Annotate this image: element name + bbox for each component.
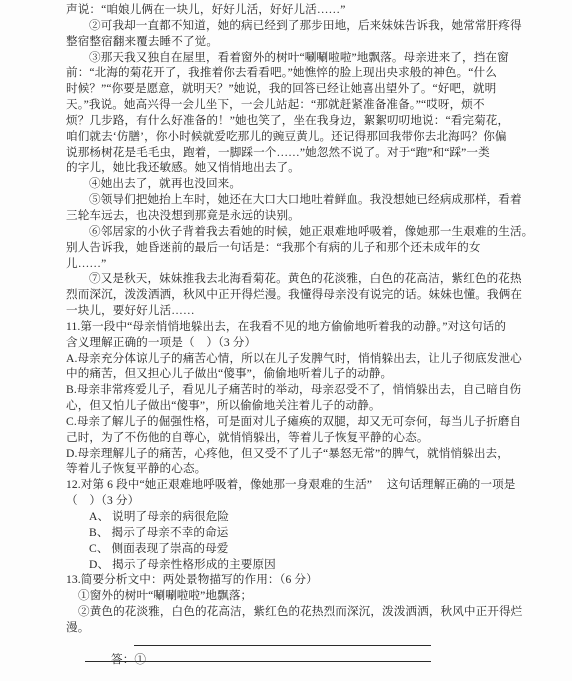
question-12: 12.对第 6 段中“她正艰难地呼吸着，像她那一身艰难的生活” 这句话理解正确的… bbox=[66, 477, 536, 572]
passage-line: 咱们就去‘仿膳’，你小时候就爱吃那儿的豌豆黄儿。还记得那回我带你去北海吗？你偏 bbox=[66, 129, 536, 145]
question-12-line: （ ）（3 分） bbox=[66, 493, 536, 509]
passage-line: ④她出去了，就再也没回来。 bbox=[66, 176, 536, 192]
passage-line: 声说：“咱娘儿俩在一块儿，好好儿活，好好儿活……” bbox=[66, 2, 536, 18]
answer-blank-line-2 bbox=[85, 661, 431, 662]
passage-line: 烦？几步路，有什么好准备的！”她也笑了，坐在我身边，絮絮叨叨地说：“看完菊花， bbox=[66, 113, 536, 129]
question-11-line: B.母亲非常疼爱儿子，看见儿子痛苦时的举动，母亲忍受不了，悄悄躲出去，自己暗自伤 bbox=[66, 382, 536, 398]
question-12-line: C、 侧面表现了崇高的母爱 bbox=[66, 541, 536, 557]
passage-line: 天。”我说。她高兴得一会儿坐下，一会儿站起：“那就赶紧准备准备。”“哎呀，烦不 bbox=[66, 97, 536, 113]
question-11-line: 含义理解正确的一项是（ ）（3 分） bbox=[66, 335, 536, 351]
passage-line: 整宿整宿翻来覆去睡不了觉。 bbox=[66, 34, 536, 50]
answer-blank-line-1 bbox=[134, 645, 431, 646]
passage-line: ⑥邻居家的小伙子背着我去看她的时候，她正艰难地呼吸着，像她那一生艰难的生活。 bbox=[66, 224, 536, 240]
question-12-line: D、 揭示了母亲性格形成的主要原因 bbox=[66, 557, 536, 573]
question-12-line: A、 说明了母亲的病很危险 bbox=[66, 509, 536, 525]
passage-line: 三轮车远去，也决没想到那竟是永远的诀别。 bbox=[66, 208, 536, 224]
passage-line: 儿……” bbox=[66, 256, 536, 272]
question-11-line: 中的痛苦，但又担心儿子做出“傻事”，偷偷地听着儿子的动静。 bbox=[66, 366, 536, 382]
passage: 声说：“咱娘儿俩在一块儿，好好儿活，好好儿活……”②可我却一直都不知道，她的病已… bbox=[66, 2, 536, 319]
passage-line: 别人告诉我，她昏迷前的最后一句话是：“我那个有病的儿子和那个还未成年的女 bbox=[66, 240, 536, 256]
passage-line: 时候？”“你要是愿意，就明天？”她说，我的回答已经让她喜出望外了。“好吧，就明 bbox=[66, 81, 536, 97]
passage-line: 前：“北海的菊花开了，我推着你去看看吧。”她憔悴的脸上现出央求般的神色。“什么 bbox=[66, 65, 536, 81]
document-page: 声说：“咱娘儿俩在一块儿，好好儿活，好好儿活……”②可我却一直都不知道，她的病已… bbox=[0, 0, 572, 681]
passage-line: ③那天我又独自在屋里，看着窗外的树叶“唰唰啦啦”地飘落。母亲进来了，挡在窗 bbox=[66, 50, 536, 66]
question-11-line: 心，但又怕儿子做出“傻事”，所以偷偷地关注着儿子的动静。 bbox=[66, 398, 536, 414]
question-11-line: 己时，为了不伤他的自尊心，就悄悄躲出，等着儿子恢复平静的心态。 bbox=[66, 430, 536, 446]
question-13-line: ②黄色的花淡雅，白色的花高洁，紫红色的花热烈而深沉，泼泼洒洒，秋风中正开得烂 bbox=[66, 604, 536, 620]
question-12-line: 12.对第 6 段中“她正艰难地呼吸着，像她那一身艰难的生活” 这句话理解正确的… bbox=[66, 477, 536, 493]
question-13: 13.简要分析文中：两处景物描写的作用：（6 分）①窗外的树叶“唰唰啦啦”地飘落… bbox=[66, 572, 536, 635]
question-11-line: 11.第一段中“母亲悄悄地躲出去，在我看不见的地方偷偷地听着我的动静。”对这句话… bbox=[66, 319, 536, 335]
question-13-line: ①窗外的树叶“唰唰啦啦”地飘落； bbox=[66, 588, 536, 604]
passage-line: ②可我却一直都不知道，她的病已经到了那步田地，后来妹妹告诉我，她常常肝疼得 bbox=[66, 18, 536, 34]
question-11-line: D.母亲理解儿子的痛苦，心疼他，但又受不了儿子“暴怒无常”的脾气，就悄悄躲出去， bbox=[66, 446, 536, 462]
question-11-line: C.母亲了解儿子的倔强性格，可是面对儿子瘫痪的双腿，却又无可奈何，每当儿子折磨自 bbox=[66, 414, 536, 430]
answer-line: 答：① bbox=[66, 636, 536, 652]
passage-line: 烈而深沉，泼泼洒洒，秋风中正开得烂漫。我懂得母亲没有说完的话。妹妹也懂。我俩在 bbox=[66, 287, 536, 303]
question-12-line: B、 揭示了母亲不幸的命运 bbox=[66, 525, 536, 541]
passage-line: 说那杨树花是毛毛虫，跑着，一脚踩一个……”她忽然不说了。对于“跑”和“踩”一类 bbox=[66, 145, 536, 161]
passage-line: ⑤领导们把她抬上车时，她还在大口大口地吐着鲜血。我没想她已经病成那样，看着 bbox=[66, 192, 536, 208]
passage-line: ⑦又是秋天，妹妹推我去北海看菊花。黄色的花淡雅，白色的花高洁，紫红色的花热 bbox=[66, 271, 536, 287]
exam-text-block: 声说：“咱娘儿俩在一块儿，好好儿活，好好儿活……”②可我却一直都不知道，她的病已… bbox=[66, 2, 536, 670]
answer-blank-row bbox=[66, 652, 536, 670]
question-13-line: 13.简要分析文中：两处景物描写的作用：（6 分） bbox=[66, 572, 536, 588]
question-11-line: A.母亲充分体谅儿子的痛苦心情，所以在儿子发脾气时，悄悄躲出去，让儿子彻底发泄心 bbox=[66, 351, 536, 367]
passage-line: 的字儿，她比我还敏感。她又悄悄地出去了。 bbox=[66, 160, 536, 176]
question-13-line: 漫。 bbox=[66, 620, 536, 636]
question-11-line: 等着儿子恢复平静的心态。 bbox=[66, 461, 536, 477]
lines-container: 声说：“咱娘儿俩在一块儿，好好儿活，好好儿活……”②可我却一直都不知道，她的病已… bbox=[66, 2, 536, 636]
question-11: 11.第一段中“母亲悄悄地躲出去，在我看不见的地方偷偷地听着我的动静。”对这句话… bbox=[66, 319, 536, 477]
passage-line: 一块儿，要好好儿活…… bbox=[66, 303, 536, 319]
